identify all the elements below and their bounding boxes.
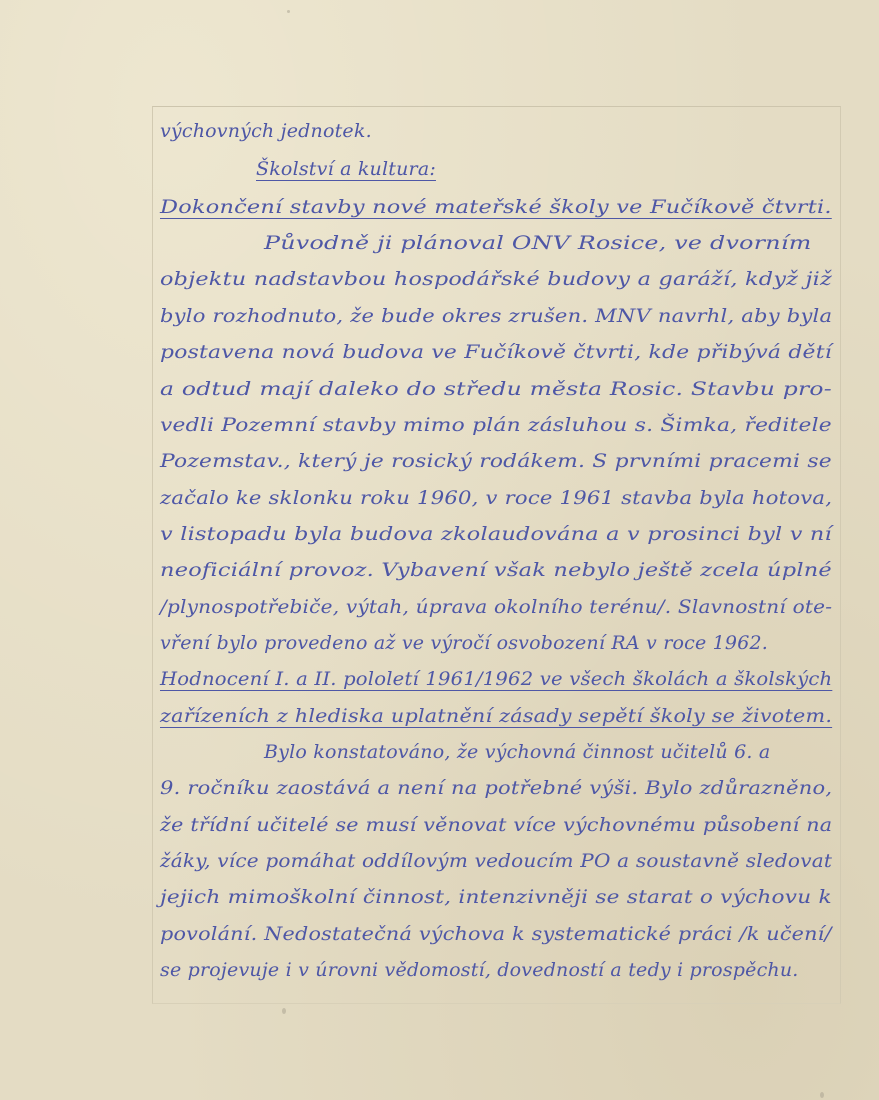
text-line: začalo ke sklonku roku 1960, v roce 1961…: [160, 487, 832, 509]
heading-line: Školství a kultura:: [256, 158, 436, 180]
text-line: 9. ročníku zaostává a není na potřebné v…: [160, 777, 832, 799]
text-line: /plynospotřebiče, výtah, úprava okolního…: [160, 596, 832, 618]
text-line: a odtud mají daleko do středu města Rosi…: [160, 378, 832, 400]
text-line: se projevuje i v úrovni vědomostí, doved…: [160, 959, 799, 981]
text-line: výchovných jednotek.: [160, 120, 372, 142]
text-line: vedli Pozemní stavby mimo plán zásluhou …: [160, 414, 832, 436]
text-line: v listopadu byla budova zkolaudována a v…: [160, 523, 832, 545]
paper-speck: [820, 1092, 824, 1098]
paper-speck: [282, 1008, 286, 1014]
text-line: postavena nová budova ve Fučíkově čtvrti…: [160, 341, 832, 363]
text-line: vření bylo provedeno až ve výročí osvobo…: [160, 632, 768, 654]
text-line: Pozemstav., který je rosický rodákem. S …: [160, 450, 832, 472]
text-line: objektu nadstavbou hospodářské budovy a …: [160, 268, 832, 290]
text-line: jejich mimoškolní činnost, intenzivněji …: [160, 886, 832, 908]
text-line: neoficiální provoz. Vybavení však nebylo…: [160, 559, 832, 581]
paper-speck: [287, 10, 290, 13]
heading-line: Hodnocení I. a II. pololetí 1961/1962 ve…: [160, 668, 832, 690]
text-line: žáky, více pomáhat oddílovým vedoucím PO…: [160, 850, 832, 872]
text-line: že třídní učitelé se musí věnovat více v…: [160, 814, 832, 836]
text-line: Bylo konstatováno, že výchovná činnost u…: [264, 741, 770, 763]
text-line: Původně ji plánoval ONV Rosice, ve dvorn…: [264, 232, 811, 254]
heading-line: Dokončení stavby nové mateřské školy ve …: [160, 196, 832, 218]
heading-line: zařízeních z hlediska uplatnění zásady s…: [160, 705, 832, 727]
text-line: povolání. Nedostatečná výchova k systema…: [160, 923, 832, 945]
text-line: bylo rozhodnuto, že bude okres zrušen. M…: [160, 305, 832, 327]
